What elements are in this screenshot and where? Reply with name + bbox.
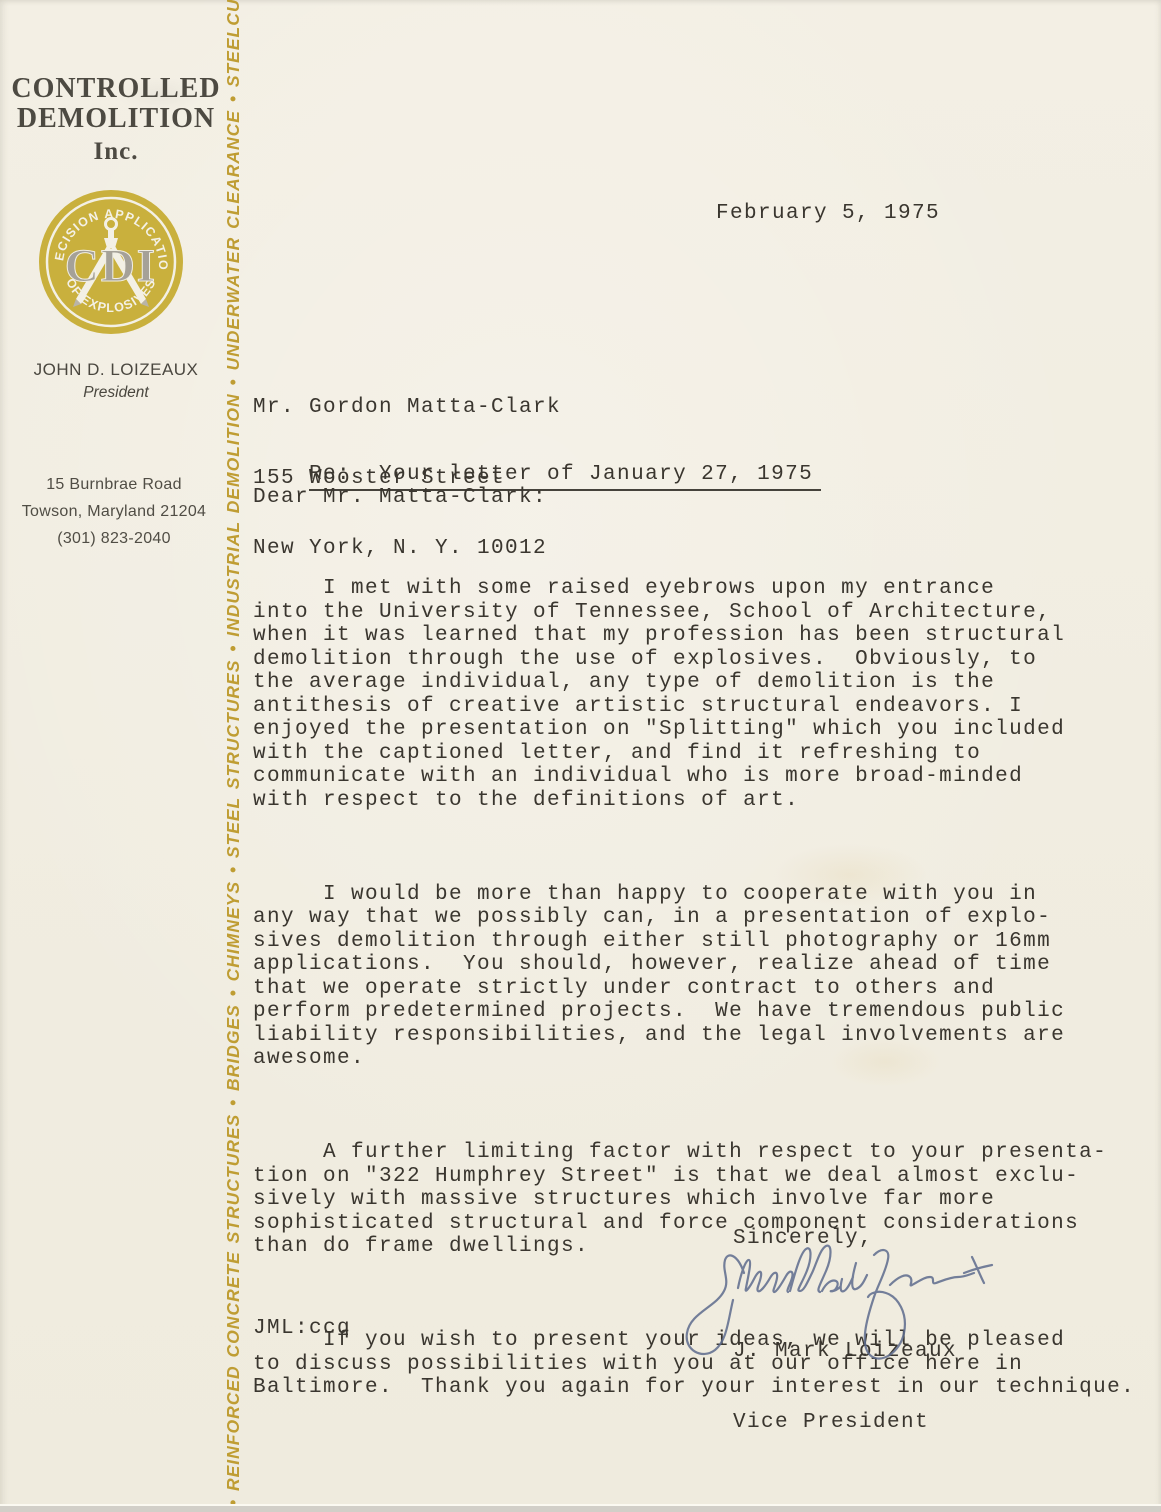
signature bbox=[678, 1233, 1008, 1383]
signature-scribble-icon bbox=[678, 1233, 1008, 1383]
salutation: Dear Mr. Matta-Clark: bbox=[253, 486, 547, 510]
logo-monogram: CDI bbox=[65, 240, 157, 292]
company-logo: PRECISION APPLICATION OF EXPLOSIVES CDI bbox=[37, 188, 185, 336]
company-address: 15 Burnbrae Road Towson, Maryland 21204 … bbox=[0, 471, 228, 552]
services-strip: • REINFORCED CONCRETE STRUCTURES • BRIDG… bbox=[222, 0, 244, 1506]
signer-title: Vice President bbox=[733, 1411, 957, 1435]
letter-page: CONTROLLED DEMOLITION Inc. PRECISION APP… bbox=[0, 0, 1161, 1512]
paper-bottom-edge bbox=[0, 1504, 1161, 1512]
recipient-line1: Mr. Gordon Matta-Clark bbox=[253, 396, 561, 420]
company-name: CONTROLLED DEMOLITION Inc. bbox=[8, 76, 224, 165]
company-address-line1: 15 Burnbrae Road bbox=[0, 471, 228, 498]
paragraph-2: I would be more than happy to cooperate … bbox=[253, 883, 1161, 1071]
paragraph-1: I met with some raised eyebrows upon my … bbox=[253, 577, 1161, 812]
officer-title: President bbox=[8, 384, 224, 402]
date-line: February 5, 1975 bbox=[716, 202, 940, 226]
officer-name: JOHN D. LOIZEAUX bbox=[8, 360, 224, 380]
typist-initials: JML:ccq bbox=[253, 1317, 351, 1341]
company-name-line3: Inc. bbox=[8, 139, 224, 165]
company-name-line1: CONTROLLED bbox=[11, 73, 220, 104]
company-name-line2: DEMOLITION bbox=[17, 103, 215, 134]
officer-block: JOHN D. LOIZEAUX President bbox=[8, 360, 224, 402]
cdi-logo-icon: PRECISION APPLICATION OF EXPLOSIVES CDI bbox=[37, 188, 185, 336]
company-address-line2: Towson, Maryland 21204 bbox=[0, 498, 228, 525]
company-address-line3: (301) 823-2040 bbox=[0, 525, 228, 552]
